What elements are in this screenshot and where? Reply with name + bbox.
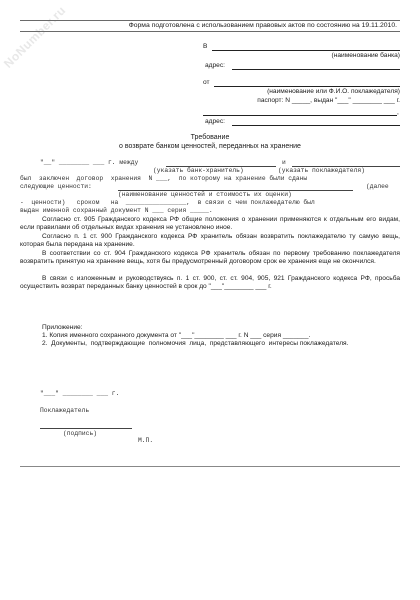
contract-line5: выдан именной сохранный документ N ___ с… xyxy=(20,207,213,215)
caption-values: (наименование ценностей и стоимость их о… xyxy=(118,191,292,199)
contract-line2: был заключен договор хранения N ___, по … xyxy=(20,175,307,183)
title-line2: о возврате банком ценностей, переданных … xyxy=(20,143,400,151)
attachment-item-1: 1. Копия именного сохранного документа о… xyxy=(42,332,310,340)
comma: , xyxy=(397,109,399,117)
paragraph-art905: Согласно ст. 905 Гражданского кодекса РФ… xyxy=(20,216,400,232)
attachments-heading: Приложение: xyxy=(42,324,83,332)
title-line1: Требование xyxy=(20,134,400,142)
stamp-label: М.П. xyxy=(138,437,153,445)
passport-issuer-line[interactable] xyxy=(203,115,397,116)
attachment-item-2: 2. Документы, подтверждающие полномочия … xyxy=(20,340,400,348)
bank-caption: (наименование банка) xyxy=(212,52,400,60)
footer-rule xyxy=(20,466,400,467)
caption-depositor: (указать поклажедателя) xyxy=(278,167,365,175)
signature-role: Поклажедатель xyxy=(40,407,89,415)
caption-bank-custodian: (указать банк-хранитель) xyxy=(153,167,244,175)
depositor-caption: (наименование или Ф.И.О. поклажедателя) xyxy=(212,88,400,96)
paragraph-art900: Согласно п. 1 ст. 900 Гражданского кодек… xyxy=(20,233,400,249)
contract-line3-start: следующие ценности: xyxy=(20,183,92,191)
signature-caption: (подпись) xyxy=(63,430,97,438)
passport-line[interactable]: паспорт: N _____, выдан "___" ________ _… xyxy=(200,97,400,105)
signature-date[interactable]: "___" ________ ___ г. xyxy=(40,390,119,398)
address2-label: адрес: xyxy=(205,118,225,126)
contract-date[interactable]: "__" ________ ___ г. между xyxy=(40,159,138,167)
bank-address-line[interactable] xyxy=(232,69,400,70)
address-label: адрес: xyxy=(205,62,225,70)
contract-line3-end: (далее xyxy=(366,183,389,191)
signature-line[interactable] xyxy=(40,428,132,429)
depositor-address-line[interactable] xyxy=(232,125,400,126)
watermark: NoNumber.ru xyxy=(1,3,69,71)
header-note: Форма подготовлена с использованием прав… xyxy=(20,22,397,30)
contract-line4: - ценности) сроком на ________________, … xyxy=(20,199,315,207)
contract-and: и xyxy=(282,159,286,167)
paragraph-art904: В соответствии со ст. 904 Гражданского к… xyxy=(20,250,400,266)
paragraph-request: В связи с изложенным и руководствуясь п.… xyxy=(20,275,400,291)
header-top-rule xyxy=(20,20,400,21)
bank-name-line[interactable] xyxy=(212,50,400,51)
header-bottom-rule xyxy=(20,31,400,32)
from-prefix: от xyxy=(203,79,210,87)
to-prefix: В xyxy=(203,43,207,51)
depositor-name-line[interactable] xyxy=(214,86,400,87)
